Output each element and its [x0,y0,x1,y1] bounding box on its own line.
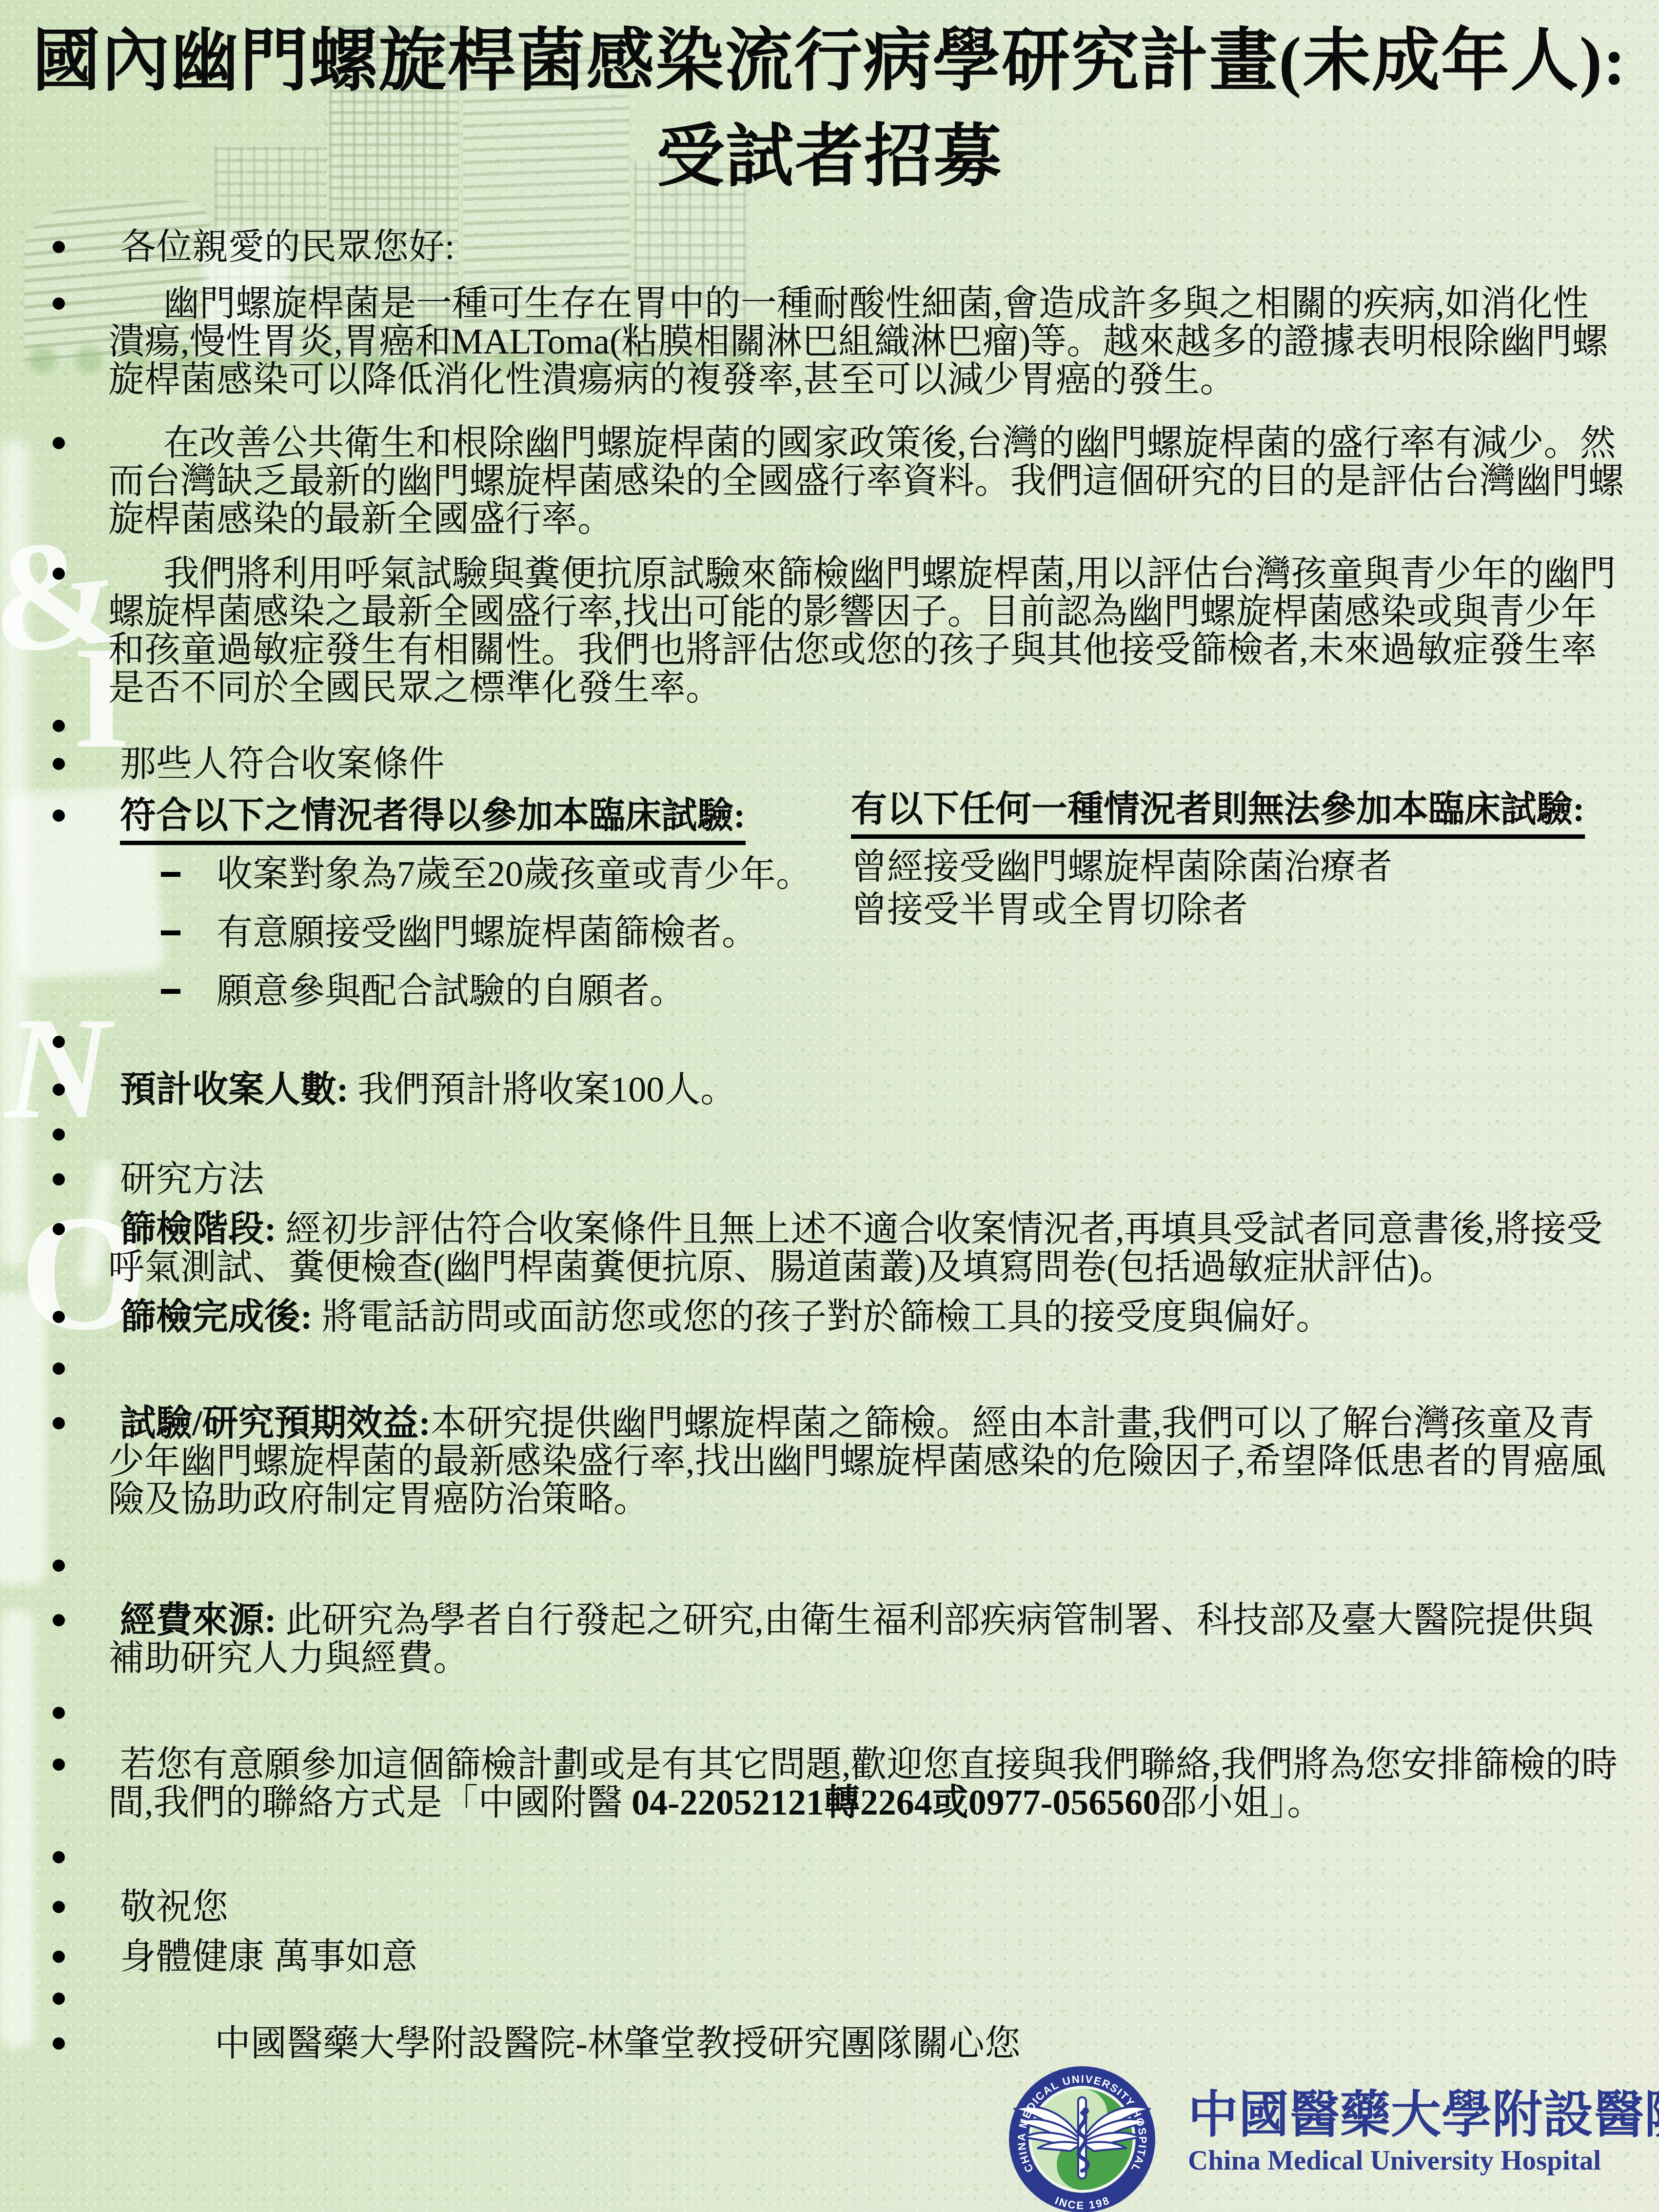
list-item-enrollment: 預計收案人數: 我們預計將收案100人。 [0,1071,1659,1109]
intro-paragraph: 幽門螺旋桿菌是一種可生存在胃中的一種耐酸性細菌,會造成許多與之相關的疾病,如消化… [108,285,1624,399]
empty-bullet [0,1838,1659,1876]
inclusion-item-text: 願意參與配合試驗的自願者。 [217,972,1659,1010]
bullet-dot [53,1311,65,1323]
policy-paragraph: 在改善公共衛生和根除幽門螺旋桿菌的國家政策後,台灣的幽門螺旋桿菌的盛行率有減少。… [108,424,1624,538]
funding-label: 經費來源: [120,1600,276,1640]
screening-label: 篩檢階段: [120,1209,276,1249]
exclusion-item-text: 曾經接受幽門螺旋桿菌除菌治療者 [851,846,1659,889]
bullet-dot [53,568,65,580]
bullet-dot [53,241,65,253]
empty-bullet [0,1980,1659,2018]
page-title-line1: 國內幽門螺旋桿菌感染流行病學研究計畫(未成年人): [32,23,1627,99]
bullet-dot [53,2037,65,2050]
hospital-name-chinese: 中國醫藥大學附設醫院 [1188,2074,1659,2147]
page-title-line2: 受試者招募 [656,119,1003,195]
benefit-label: 試驗/研究預期效益: [120,1403,431,1443]
bullet-dot [53,720,65,732]
contact-text-post: 邵小姐」。 [1161,1783,1323,1823]
bullet-dot [53,1707,65,1719]
page-title: 國內幽門螺旋桿菌感染流行病學研究計畫(未成年人):受試者招募 [29,14,1630,205]
list-item-wish1: 敬祝您 [0,1888,1659,1926]
list-item-wish2: 身體健康 萬事如意 [0,1938,1659,1976]
list-item-benefit: 試驗/研究預期效益:本研究提供幽門螺旋桿菌之篩檢。經由本計畫,我們可以了解台灣孩… [0,1404,1659,1519]
overview-paragraph: 我們將利用呼氣試驗與糞便抗原試驗來篩檢幽門螺旋桿菌,用以評估台灣孩童與青少年的幽… [108,555,1624,707]
team-text: 中國醫藥大學附設醫院-林肇堂教授研究團隊關心您 [108,2025,1624,2063]
dash-marker [161,930,180,935]
eligibility-columns: 符合以下之情況者得以參加本臨床試驗: 收案對象為7歲至20歲孩童或青少年。 有意… [0,797,1659,1010]
bullet-dot [53,1084,65,1096]
bullet-dot [53,1901,65,1913]
hospital-name-english: China Medical University Hospital [1188,2145,1601,2176]
bullet-dot [53,1993,65,2005]
funding-text: 此研究為學者自行發起之研究,由衛生福利部疾病管制署、科技部及臺大醫院提供與補助研… [108,1600,1594,1679]
bullet-dot [53,1417,65,1429]
wish1-text: 敬祝您 [108,1888,1624,1926]
list-item-intro: 幽門螺旋桿菌是一種可生存在胃中的一種耐酸性細菌,會造成許多與之相關的疾病,如消化… [0,285,1659,399]
list-item-methods-title: 研究方法 [0,1161,1659,1199]
bullet-dot [53,1036,65,1048]
screening-text: 經初步評估符合收案條件且無上述不適合收案情況者,再填具受試者同意書後,將接受呼氣… [108,1209,1602,1287]
hospital-logo: CHINA MEDICAL UNIVERSITY HOSPITAL SINCE … [1008,2066,1659,2212]
empty-bullet [0,1547,1659,1585]
list-item-team: 中國醫藥大學附設醫院-林肇堂教授研究團隊關心您 [0,2025,1659,2063]
empty-bullet [0,1350,1659,1388]
bullet-dot [53,437,65,449]
wish2-text: 身體健康 萬事如意 [108,1938,1624,1976]
empty-bullet [0,1116,1659,1154]
dash-marker [161,989,180,994]
bullet-dot [53,810,65,822]
bullet-dot [53,758,65,770]
enrollment-label: 預計收案人數: [120,1070,349,1110]
bullet-dot [53,297,65,310]
exclusion-header: 有以下任何一種情況者則無法參加本臨床試驗: [851,790,1585,839]
bullet-dot [53,1614,65,1626]
empty-bullet [0,1023,1659,1061]
list-item-after-screening: 篩檢完成後: 將電話訪問或面訪您或您的孩子對於篩檢工具的接受度與偏好。 [0,1298,1659,1336]
list-item-funding: 經費來源: 此研究為學者自行發起之研究,由衛生福利部疾病管制署、科技部及臺大醫院… [0,1601,1659,1678]
after-screening-label: 篩檢完成後: [120,1297,313,1337]
hospital-emblem-icon: CHINA MEDICAL UNIVERSITY HOSPITAL SINCE … [1008,2066,1156,2212]
dash-marker [161,872,180,877]
empty-bullet [0,1694,1659,1732]
bullet-dot [53,1173,65,1185]
bullet-dot [53,1851,65,1863]
list-item-eligibility-title: 那些人符合收案條件 [0,745,1659,783]
list-item-contact: 若您有意願參加這個篩檢計劃或是有其它問題,歡迎您直接與我們聯絡,我們將為您安排篩… [0,1746,1659,1822]
bullet-dot [53,1363,65,1375]
enrollment-text: 我們預計將收案100人。 [349,1070,737,1110]
bullet-dot [53,1128,65,1141]
exclusion-column: 有以下任何一種情況者則無法參加本臨床試驗: 曾經接受幽門螺旋桿菌除菌治療者 曾接… [851,788,1659,931]
exclusion-item-text: 曾接受半胃或全胃切除者 [851,889,1659,931]
list-item-overview: 我們將利用呼氣試驗與糞便抗原試驗來篩檢幽門螺旋桿菌,用以評估台灣孩童與青少年的幽… [0,555,1659,707]
list-item-policy: 在改善公共衛生和根除幽門螺旋桿菌的國家政策後,台灣的幽門螺旋桿菌的盛行率有減少。… [0,424,1659,538]
bullet-dot [53,1951,65,1963]
list-item-screening: 篩檢階段: 經初步評估符合收案條件且無上述不適合收案情況者,再填具受試者同意書後… [0,1210,1659,1286]
empty-bullet [0,707,1659,745]
eligibility-section-title: 那些人符合收案條件 [108,745,1624,783]
bullet-dot [53,1560,65,1572]
bullet-dot [53,1223,65,1235]
greeting-text: 各位親愛的民眾您好: [108,228,1624,266]
contact-phone: 04-22052121轉2264或0977-056560 [632,1783,1161,1823]
after-screening-text: 將電話訪問或面訪您或您的孩子對於篩檢工具的接受度與偏好。 [313,1297,1332,1337]
bullet-dot [53,1758,65,1771]
inclusion-header: 符合以下之情況者得以參加本臨床試驗: [120,796,746,845]
methods-section-title: 研究方法 [108,1161,1624,1199]
inclusion-item: 願意參與配合試驗的自願者。 [0,972,1659,1010]
list-item-greeting: 各位親愛的民眾您好: [0,228,1659,266]
